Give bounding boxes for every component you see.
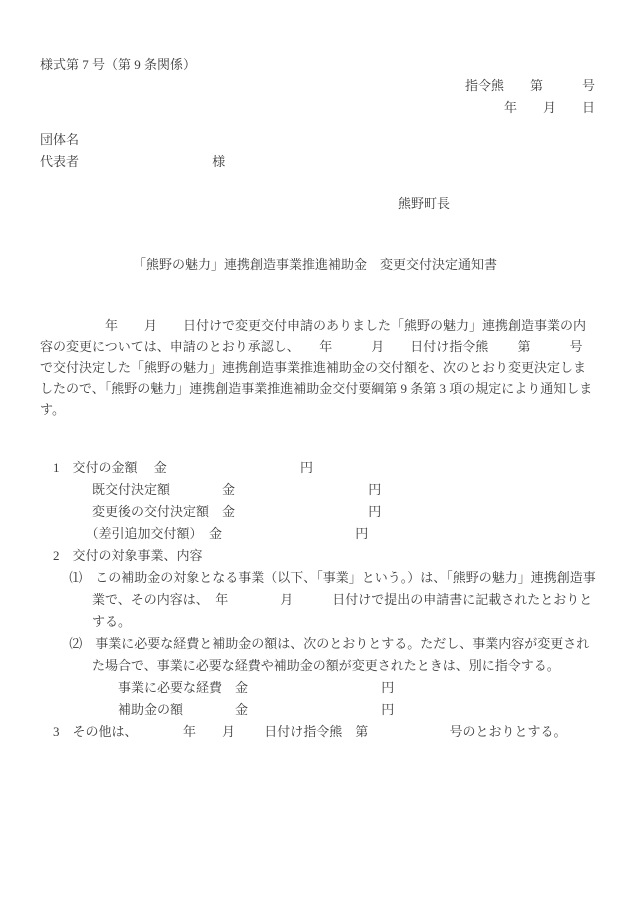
document-title: 「熊野の魅力」連携創造事業推進補助金 変更交付決定通知書 (0, 256, 630, 273)
body-line: 年 月 日付けで変更交付申請のありました「熊野の魅力」連携創造事業の内 (40, 317, 586, 334)
issuer-name: 熊野町長 (398, 195, 450, 212)
item-line-expenses-1: ⑵ 事業に必要な経費と補助金の額は、次のとおりとする。ただし、事業内容が変更され (40, 635, 589, 652)
item-line-others: 3 その他は、 年 月 日付け指令熊 第 号のとおりとする。 (40, 723, 567, 740)
item-line-target-business-2: 業で、その内容は、 年 月 日付けで提出の申請書に記載されたとおりと (40, 591, 592, 608)
organization-name-label: 団体名 (40, 131, 79, 148)
body-line: したので、「熊野の魅力」連携創造事業推進補助金交付要綱第 9 条第 3 項の規定… (40, 380, 592, 397)
item-line-additional-amount: （差引追加交付額） 金 円 (40, 525, 368, 542)
body-line: 容の変更については、申請のとおり承認し、 年 月 日付け指令熊 第 号 (40, 338, 583, 355)
item-line-expenses-2: た場合で、事業に必要な経費や補助金の額が変更されたときは、別に指令する。 (40, 657, 560, 674)
document-page: 様式第 7 号（第 9 条関係） 指令熊 第 号 年 月 日 団体名 代表者 様… (0, 0, 630, 915)
body-line: す。 (40, 401, 65, 418)
representative-line: 代表者 様 (40, 153, 225, 170)
item-line-subsidy-amount: 補助金の額 金 円 (40, 701, 394, 718)
item-line-target-business-3: する。 (40, 613, 131, 630)
item-line-required-expenses-amount: 事業に必要な経費 金 円 (40, 679, 394, 696)
item-line-revised-decision-amount: 変更後の交付決定額 金 円 (40, 503, 381, 520)
item-line-target-business-1: ⑴ この補助金の対象となる事業（以下、「事業」という。）は、「熊野の魅力」連携創… (40, 569, 596, 586)
date-line: 年 月 日 (504, 99, 595, 116)
item-line-target-business-heading: 2 交付の対象事業、内容 (40, 547, 203, 564)
item-line-grant-amount: 1 交付の金額 金 円 (40, 459, 313, 476)
body-line: で交付決定した「熊野の魅力」連携創造事業推進補助金の交付額を、次のとおり変更決定… (40, 359, 586, 376)
form-number: 様式第 7 号（第 9 条関係） (40, 56, 196, 73)
item-line-previous-decision-amount: 既交付決定額 金 円 (40, 481, 381, 498)
reference-number-line: 指令熊 第 号 (465, 77, 595, 94)
